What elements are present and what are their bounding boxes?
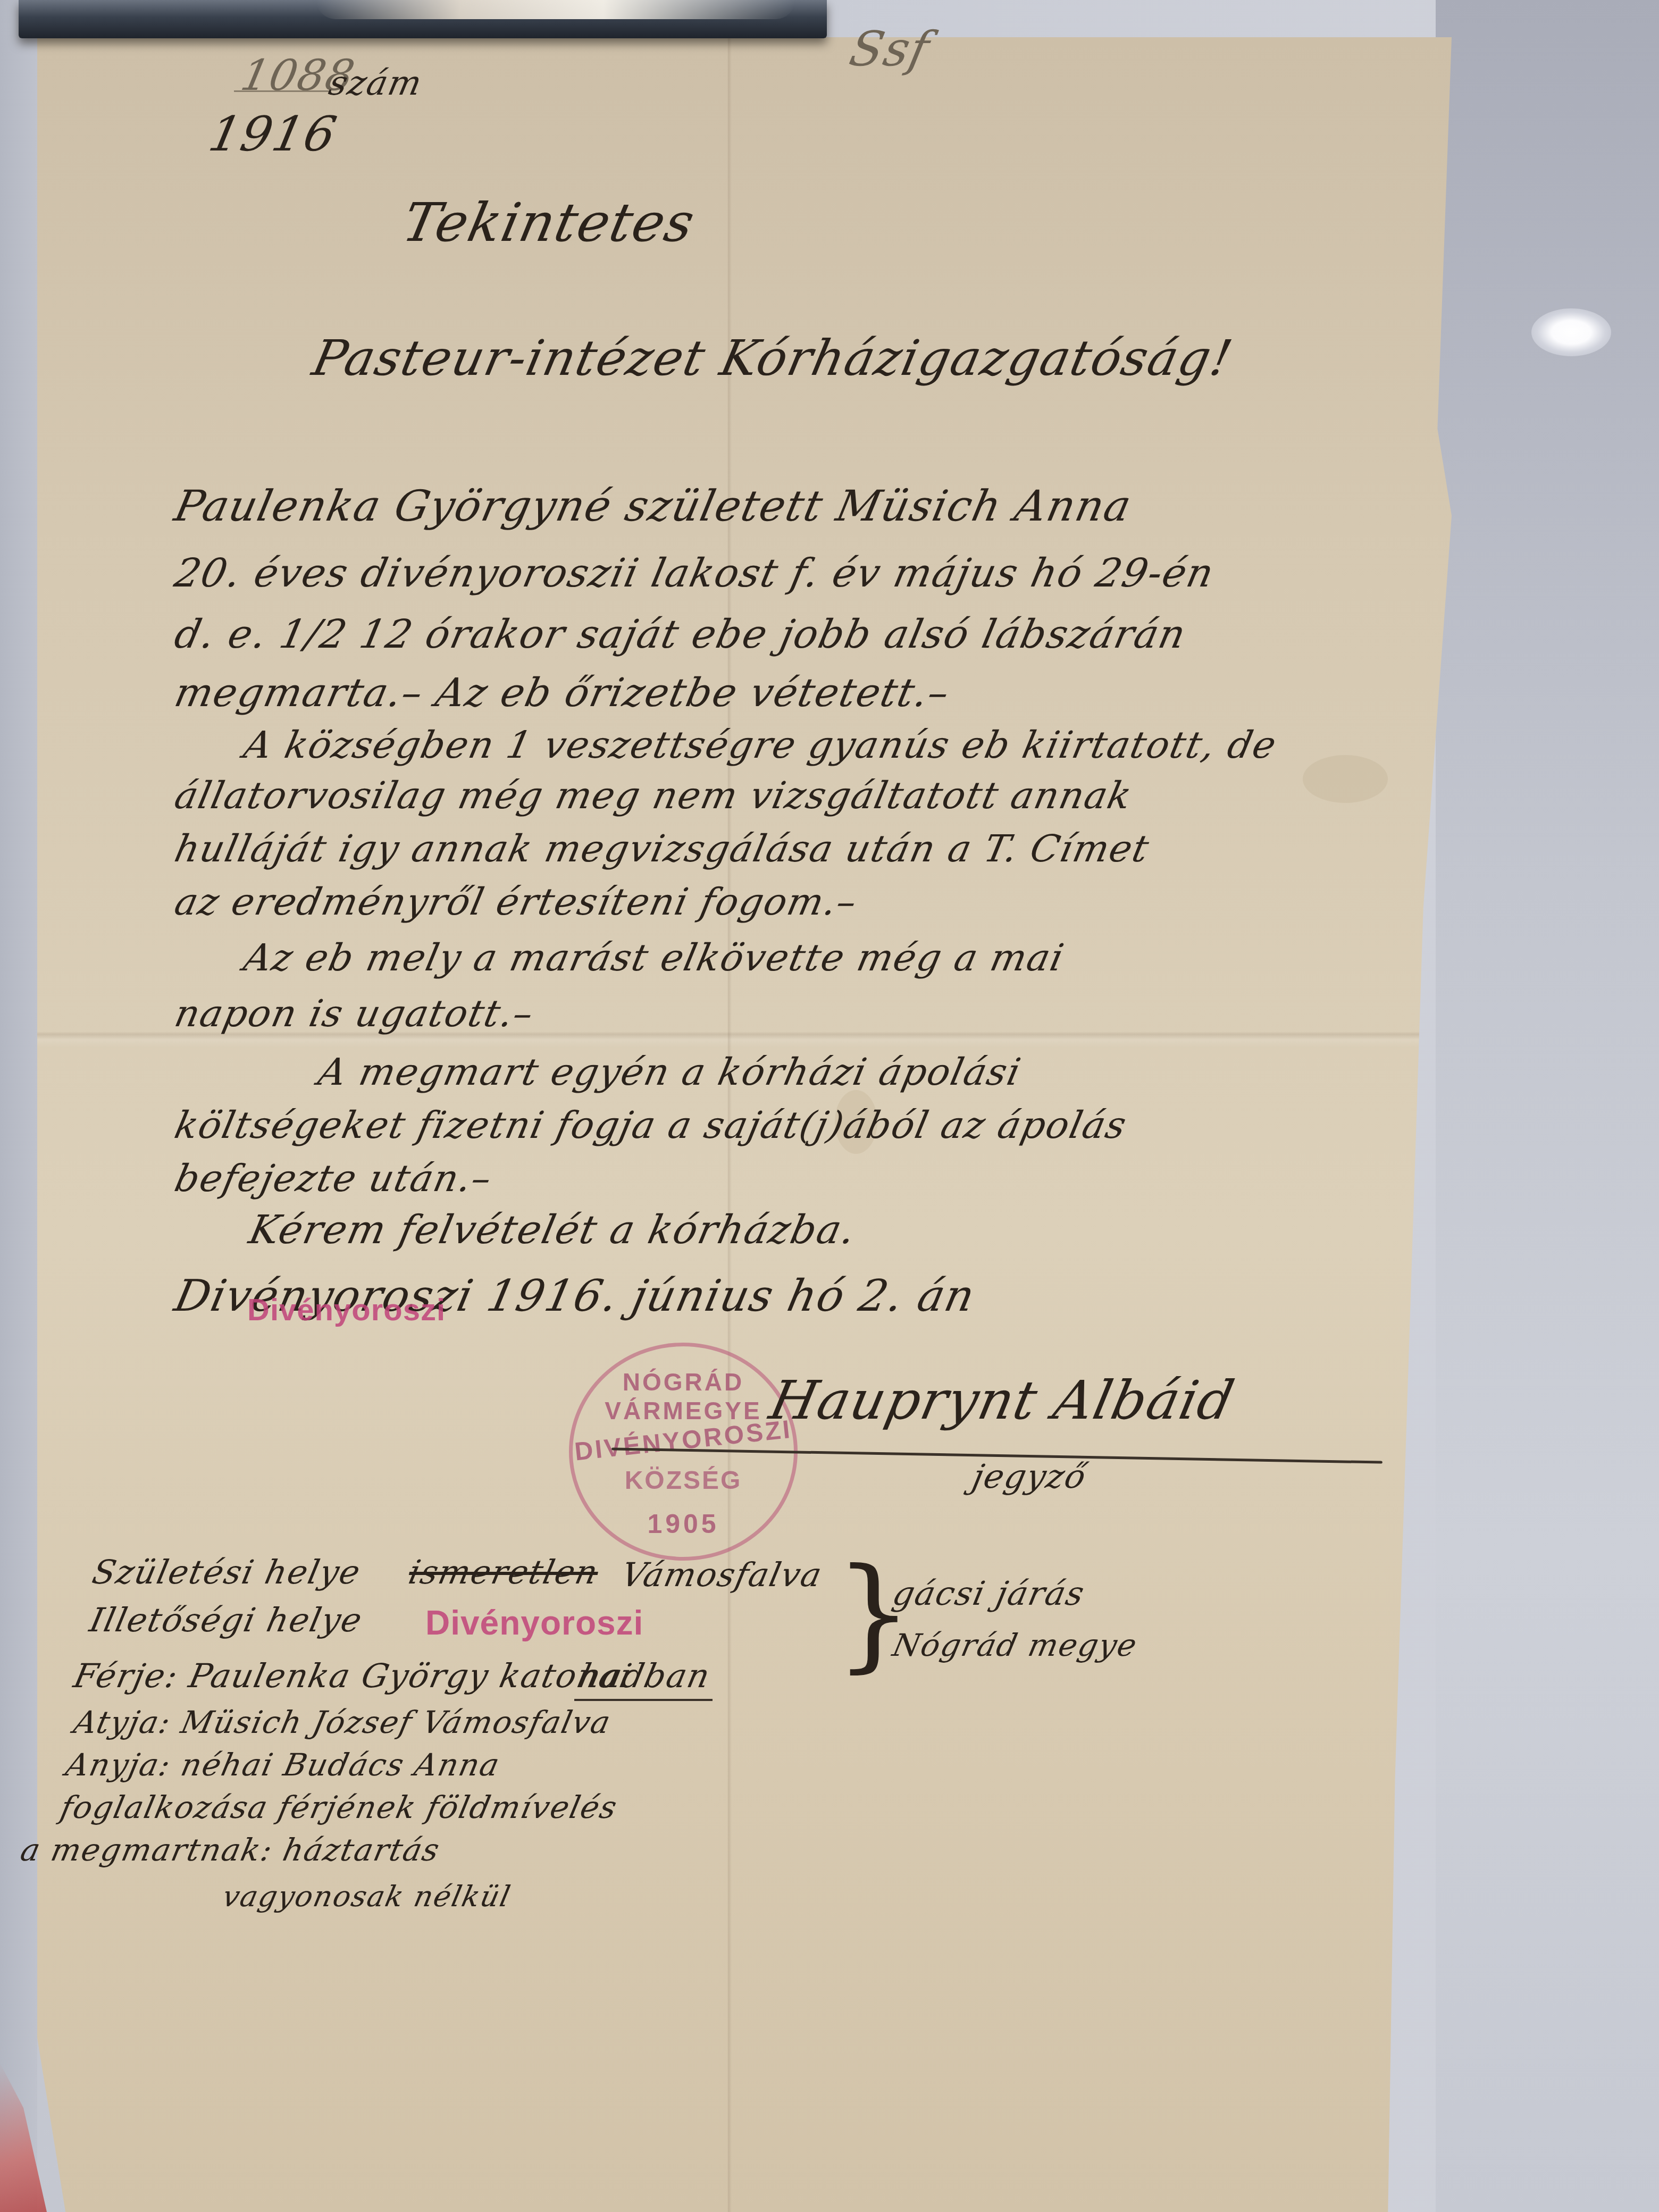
- signature-title: jegyző: [969, 1457, 1090, 1496]
- mother-line: Anyja: néhai Budács Anna: [63, 1747, 504, 1783]
- reference-underline: [234, 90, 330, 92]
- body-line-3: d. e. 1/2 12 órakor saját ebe jobb alsó …: [171, 611, 1191, 657]
- addressee: Pasteur-intézet Kórházigazgatóság!: [308, 330, 1238, 387]
- body-line-14: Kérem felvételét a kórházba.: [245, 1207, 860, 1253]
- husband-note: hadban: [575, 1656, 714, 1695]
- body-line-12: költségeket fizetni fogja a saját(j)ából…: [171, 1103, 1131, 1147]
- clip-bar-shine: [316, 0, 795, 19]
- district-line-1: gácsi járás: [889, 1574, 1088, 1613]
- seal-ring-text: NÓGRÁD VÁRMEGYE: [573, 1368, 794, 1425]
- body-line-11: A megmart egyén a kórházi ápolási: [314, 1050, 1025, 1094]
- seal-town-text: KÖZSÉG: [573, 1466, 794, 1495]
- light-reflection: [1531, 308, 1611, 356]
- reference-suffix: szám: [325, 64, 426, 103]
- body-line-10: napon is ugatott.–: [171, 992, 538, 1035]
- birthplace-label: Születési helye: [89, 1553, 364, 1591]
- birthplace-value: Vámosfalva: [618, 1555, 826, 1594]
- seal-year: 1905: [573, 1509, 794, 1539]
- body-line-4: megmarta.– Az eb őrizetbe vétetett.–: [171, 670, 954, 716]
- residence-label: Illetőségi helye: [86, 1601, 366, 1639]
- occupation-line: foglalkozása férjének földmívelés: [57, 1789, 621, 1825]
- salutation: Tekintetes: [398, 191, 701, 254]
- body-line-5: A községben 1 veszettségre gyanús eb kii…: [240, 723, 1281, 767]
- paper-stain: [1303, 755, 1388, 803]
- body-line-8: az eredményről értesíteni fogom.–: [171, 880, 861, 924]
- body-line-9: Az eb mely a marást elkövette még a mai: [240, 936, 1068, 979]
- assets-line: vagyonosak nélkül: [220, 1880, 514, 1913]
- body-line-13: befejezte után.–: [171, 1157, 496, 1200]
- body-line-6: állatorvosilag még meg nem vizsgáltatott…: [171, 774, 1136, 817]
- husband-line: Férje: Paulenka György katonai: [70, 1656, 636, 1695]
- body-line-1: Paulenka Györgyné született Müsich Anna: [170, 481, 1136, 531]
- father-line: Atyja: Müsich József Vámosfalva: [71, 1704, 615, 1740]
- display-clip-bar: [19, 0, 827, 38]
- document-year: 1916: [204, 106, 342, 162]
- place-stamp: Divényoroszi: [247, 1292, 446, 1328]
- husband-note-underline: [574, 1699, 713, 1701]
- residence-stamp: Divényoroszi: [425, 1603, 643, 1643]
- signature-name: Hauprynt Albáid: [765, 1369, 1241, 1431]
- parents-line: a megmartnak: háztartás: [18, 1832, 443, 1868]
- body-line-2: 20. éves divényoroszii lakost f. év máju…: [171, 550, 1219, 596]
- district-line-2: Nógrád megye: [890, 1627, 1141, 1663]
- birthplace-struck: ismeretlen: [405, 1553, 602, 1591]
- top-right-mark: Ssf: [845, 21, 935, 77]
- body-line-7: hulláját igy annak megvizsgálása után a …: [171, 827, 1153, 870]
- background-left: [0, 0, 37, 2212]
